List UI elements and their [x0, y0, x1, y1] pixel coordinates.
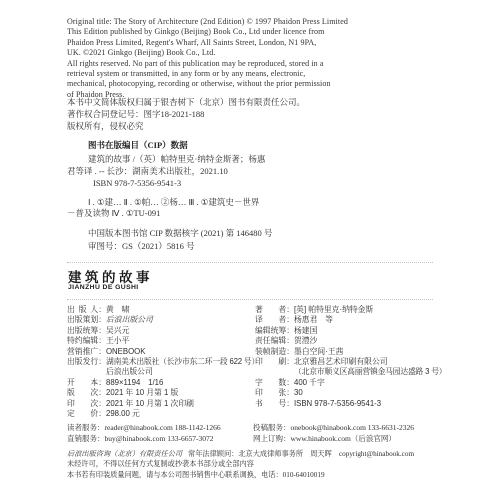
legal-block: 后浪出版咨询（北京）有限责任公司常年法律顾问：北京大成律师事务所 周天晖 cop… — [67, 449, 414, 480]
book-title-pinyin: JIANZHU DE GUSHI — [68, 284, 139, 291]
field-label: 责任编辑 — [255, 336, 286, 346]
colophon-row-printer-address: （北京市顺义区高丽营镇金马园达盛路 3 号） — [255, 367, 470, 377]
field-value: [英] 帕特里克·纳特金斯 — [294, 305, 373, 314]
cip-category-line: Ⅰ . ①建… Ⅱ . ①帕… ②杨… Ⅲ . ①建筑史－世界 — [67, 197, 259, 208]
colon: ： — [98, 378, 106, 387]
field-value: 2021 年 10 月第 1 次印刷 — [106, 399, 194, 408]
field-label: 编辑统筹 — [255, 326, 286, 336]
field-label: 出版人 — [67, 305, 98, 315]
colon: ： — [98, 388, 106, 397]
field-label: 字数 — [255, 378, 286, 388]
copyright-page: Original title: The Story of Architectur… — [0, 0, 500, 500]
field-label: 出版策划 — [67, 315, 98, 325]
field-label: 营销推广 — [67, 347, 98, 357]
cip-isbn: ISBN 978-7-5356-9541-3 — [67, 177, 265, 189]
cip-map-approval-number: 审图号：GS（2021）5816 号 — [88, 240, 272, 253]
service-row-online-order: 网上订购：www.hinabook.com（后浪官网） — [253, 434, 414, 445]
colophon-left-column: 出版人：黄 啸 出版策划：后浪出版公司 出版统筹：吴兴元 特约编辑：王小平 营销… — [67, 305, 253, 419]
colophon-row-responsible-editor: 责任编辑：贺澧沙 — [255, 336, 470, 346]
colon: ： — [283, 423, 291, 432]
field-label: 定价 — [67, 409, 98, 419]
field-value-continuation: 后浪出版公司 — [106, 367, 153, 376]
colon: ： — [98, 336, 106, 345]
chinese-rights-line: 著作权合同登记号：图字18-2021-188 — [67, 108, 305, 120]
colon: ： — [98, 399, 106, 408]
legal-no-copy-line: 未经许可，不得以任何方式复制或抄袭本书部分或全部内容 — [67, 459, 414, 469]
colophon-row-edition: 版次：2021 年 10 月第 1 版 — [67, 388, 253, 398]
cip-entry-block: 建筑的故事 /（英）帕特里克·纳特金斯著；杨惠 君等译 . -- 长沙：湖南美术… — [67, 153, 265, 189]
colon: ： — [286, 326, 294, 335]
field-value: ONEBOOK — [106, 347, 145, 356]
colophon-row-sheets: 印张：30 — [255, 388, 470, 398]
field-value: 后浪出版公司 — [106, 315, 153, 324]
field-value: 2021 年 10 月第 1 版 — [106, 388, 178, 397]
colophon-row-translator: 译者：杨惠君 等 — [255, 315, 470, 325]
colon: ： — [286, 388, 294, 397]
field-label: 开本 — [67, 378, 98, 388]
colon: ： — [286, 378, 294, 387]
field-value: 吴兴元 — [106, 326, 129, 335]
colophon-row-design: 装帧制造：墨白空间·王茜 — [255, 347, 470, 357]
colon: ： — [97, 434, 105, 443]
english-copyright-line: Phaidon Press Limited, Regent's Wharf, A… — [67, 38, 348, 48]
services-right: 投稿服务：onebook@hinabook.com 133-6631-2326 … — [253, 423, 414, 444]
colophon-row-marketing: 营销推广：ONEBOOK — [67, 347, 253, 357]
field-value: 北京雅昌艺术印刷有限公司 — [294, 357, 388, 366]
colophon-row-author: 著者：[英] 帕特里克·纳特金斯 — [255, 305, 470, 315]
service-label: 网上订购 — [253, 434, 283, 443]
colon: ： — [286, 305, 294, 314]
field-label: 译者 — [255, 315, 286, 325]
field-label: 印刷 — [255, 357, 286, 367]
colon: ： — [286, 347, 294, 356]
colophon-row-contract-editor: 特约编辑：王小平 — [67, 336, 253, 346]
colophon-row-printing-run: 印次：2021 年 10 月第 1 次印刷 — [67, 399, 253, 409]
cip-record-block: 中国版本图书馆 CIP 数据核字 (2021) 第 146480 号 审图号：G… — [88, 227, 272, 252]
field-value: 墨白空间·王茜 — [294, 347, 343, 356]
field-label: 印次 — [67, 399, 98, 409]
service-label: 直销服务 — [67, 434, 97, 443]
legal-counsel-text: 常年法律顾问：北京大成律师事务所 周天晖 copyright@hinabook.… — [188, 450, 414, 458]
english-copyright-line: Original title: The Story of Architectur… — [67, 17, 348, 27]
english-copyright-line: UK. ©2021 Ginkgo (Beijing) Book Co., Ltd… — [67, 48, 348, 58]
field-value: 黄 啸 — [106, 305, 129, 314]
field-label: 版次 — [67, 388, 98, 398]
field-label: 著者 — [255, 305, 286, 315]
colophon-row-word-count: 字数：400 千字 — [255, 378, 470, 388]
legal-company-name: 后浪出版咨询（北京）有限责任公司 — [67, 450, 182, 458]
service-row-reader: 读者服务：reader@hinabook.com 188-1142-1266 — [67, 423, 221, 434]
colophon-row-isbn: 书号：ISBN 978-7-5356-9541-3 — [255, 399, 470, 409]
field-label: 出版发行 — [67, 357, 98, 367]
field-value: 30 — [294, 388, 303, 397]
colon: ： — [97, 423, 105, 432]
cip-category-block: Ⅰ . ①建… Ⅱ . ①帕… ②杨… Ⅲ . ①建筑史－世界 －普及读物 Ⅳ … — [67, 197, 259, 218]
colon: ： — [286, 336, 294, 345]
cip-heading: 图书在版编目（CIP）数据 — [88, 139, 188, 151]
colophon-right-column: 著者：[英] 帕特里克·纳特金斯 译者：杨惠君 等 编辑统筹：杨建国 责任编辑：… — [255, 305, 470, 409]
colon: ： — [98, 347, 106, 356]
service-label: 投稿服务 — [253, 423, 283, 432]
divider-dotted-top — [67, 262, 433, 263]
colon: ： — [98, 315, 106, 324]
colon: ： — [286, 399, 294, 408]
english-copyright-block: Original title: The Story of Architectur… — [67, 17, 348, 100]
service-value: buy@hinabook.com 133-6657-3072 — [105, 434, 214, 443]
colophon-row-price: 定价：298.00 元 — [67, 409, 253, 419]
field-value: ISBN 978-7-5356-9541-3 — [294, 399, 381, 408]
service-value: reader@hinabook.com 188-1142-1266 — [105, 423, 221, 432]
colophon-row-format: 开本：889×1194 1/16 — [67, 378, 253, 388]
colon: ： — [286, 357, 294, 366]
english-copyright-line: mechanical, photocopying, recording or o… — [67, 79, 348, 89]
divider-dotted-bottom — [67, 299, 433, 300]
chinese-rights-block: 本书中文简体版权归属于银杏树下（北京）图书有限责任公司。 著作权合同登记号：图字… — [67, 96, 305, 132]
service-row-submissions: 投稿服务：onebook@hinabook.com 133-6631-2326 — [253, 423, 414, 434]
book-title: 建筑的故事 — [68, 266, 153, 286]
colophon-row-publisher-cont: 后浪出版公司 — [67, 367, 253, 377]
field-value: 杨建国 — [294, 326, 317, 335]
colophon-row-publisher-person: 出版人：黄 啸 — [67, 305, 253, 315]
colophon-row-printer: 印刷：北京雅昌艺术印刷有限公司 — [255, 357, 470, 367]
cip-category-line: －普及读物 Ⅳ . ①TU-091 — [67, 208, 259, 219]
field-label: 出版统筹 — [67, 326, 98, 336]
cip-entry-line: 君等译 . -- 长沙：湖南美术出版社，2021.10 — [67, 165, 265, 177]
services-left: 读者服务：reader@hinabook.com 188-1142-1266 直… — [67, 423, 221, 444]
field-value: 298.00 元 — [106, 409, 140, 418]
colophon-row-planning: 出版策划：后浪出版公司 — [67, 315, 253, 325]
english-copyright-line: retrieval system or transmitted, in any … — [67, 69, 348, 79]
colon: ： — [98, 357, 106, 366]
chinese-rights-line: 本书中文简体版权归属于银杏树下（北京）图书有限责任公司。 — [67, 96, 305, 108]
field-label: 印张 — [255, 388, 286, 398]
colon: ： — [98, 409, 106, 418]
colophon-row-coordinator: 出版统筹：吴兴元 — [67, 326, 253, 336]
field-label: 装帧制造 — [255, 347, 286, 357]
field-value-continuation: （北京市顺义区高丽营镇金马园达盛路 3 号） — [294, 367, 446, 376]
colophon-row-publisher: 出版发行：湖南美术出版社（长沙市东二环一段 622 号） — [67, 357, 253, 367]
service-label: 读者服务 — [67, 423, 97, 432]
legal-counsel-line: 后浪出版咨询（北京）有限责任公司常年法律顾问：北京大成律师事务所 周天晖 cop… — [67, 449, 414, 459]
colon: ： — [98, 305, 106, 314]
field-value: 湖南美术出版社（长沙市东二环一段 622 号） — [106, 357, 259, 366]
cip-record-number: 中国版本图书馆 CIP 数据核字 (2021) 第 146480 号 — [88, 227, 272, 240]
legal-quality-line: 本书若有印装质量问题，请与本公司图书销售中心联系调换，电话：010-640100… — [67, 470, 414, 480]
field-value: 贺澧沙 — [294, 336, 317, 345]
service-value: onebook@hinabook.com 133-6631-2326 — [291, 423, 415, 432]
service-row-direct-sales: 直销服务：buy@hinabook.com 133-6657-3072 — [67, 434, 221, 445]
field-label: 特约编辑 — [67, 336, 98, 346]
cip-entry-line: 建筑的故事 /（英）帕特里克·纳特金斯著；杨惠 — [67, 153, 265, 165]
field-value: 杨惠君 等 — [294, 315, 333, 324]
field-value: 王小平 — [106, 336, 129, 345]
colophon-row-editorial-coordinator: 编辑统筹：杨建国 — [255, 326, 470, 336]
english-copyright-line: This Edition published by Ginkgo (Beijin… — [67, 27, 348, 37]
chinese-rights-line: 版权所有，侵权必究 — [67, 120, 305, 132]
english-copyright-line: All rights reserved. No part of this pub… — [67, 59, 348, 69]
field-label: 书号 — [255, 399, 286, 409]
colon: ： — [283, 434, 291, 443]
colon: ： — [286, 315, 294, 324]
service-value: www.hinabook.com（后浪官网） — [291, 434, 396, 443]
colon: ： — [98, 326, 106, 335]
field-value: 400 千字 — [294, 378, 325, 387]
field-value: 889×1194 1/16 — [106, 378, 163, 387]
